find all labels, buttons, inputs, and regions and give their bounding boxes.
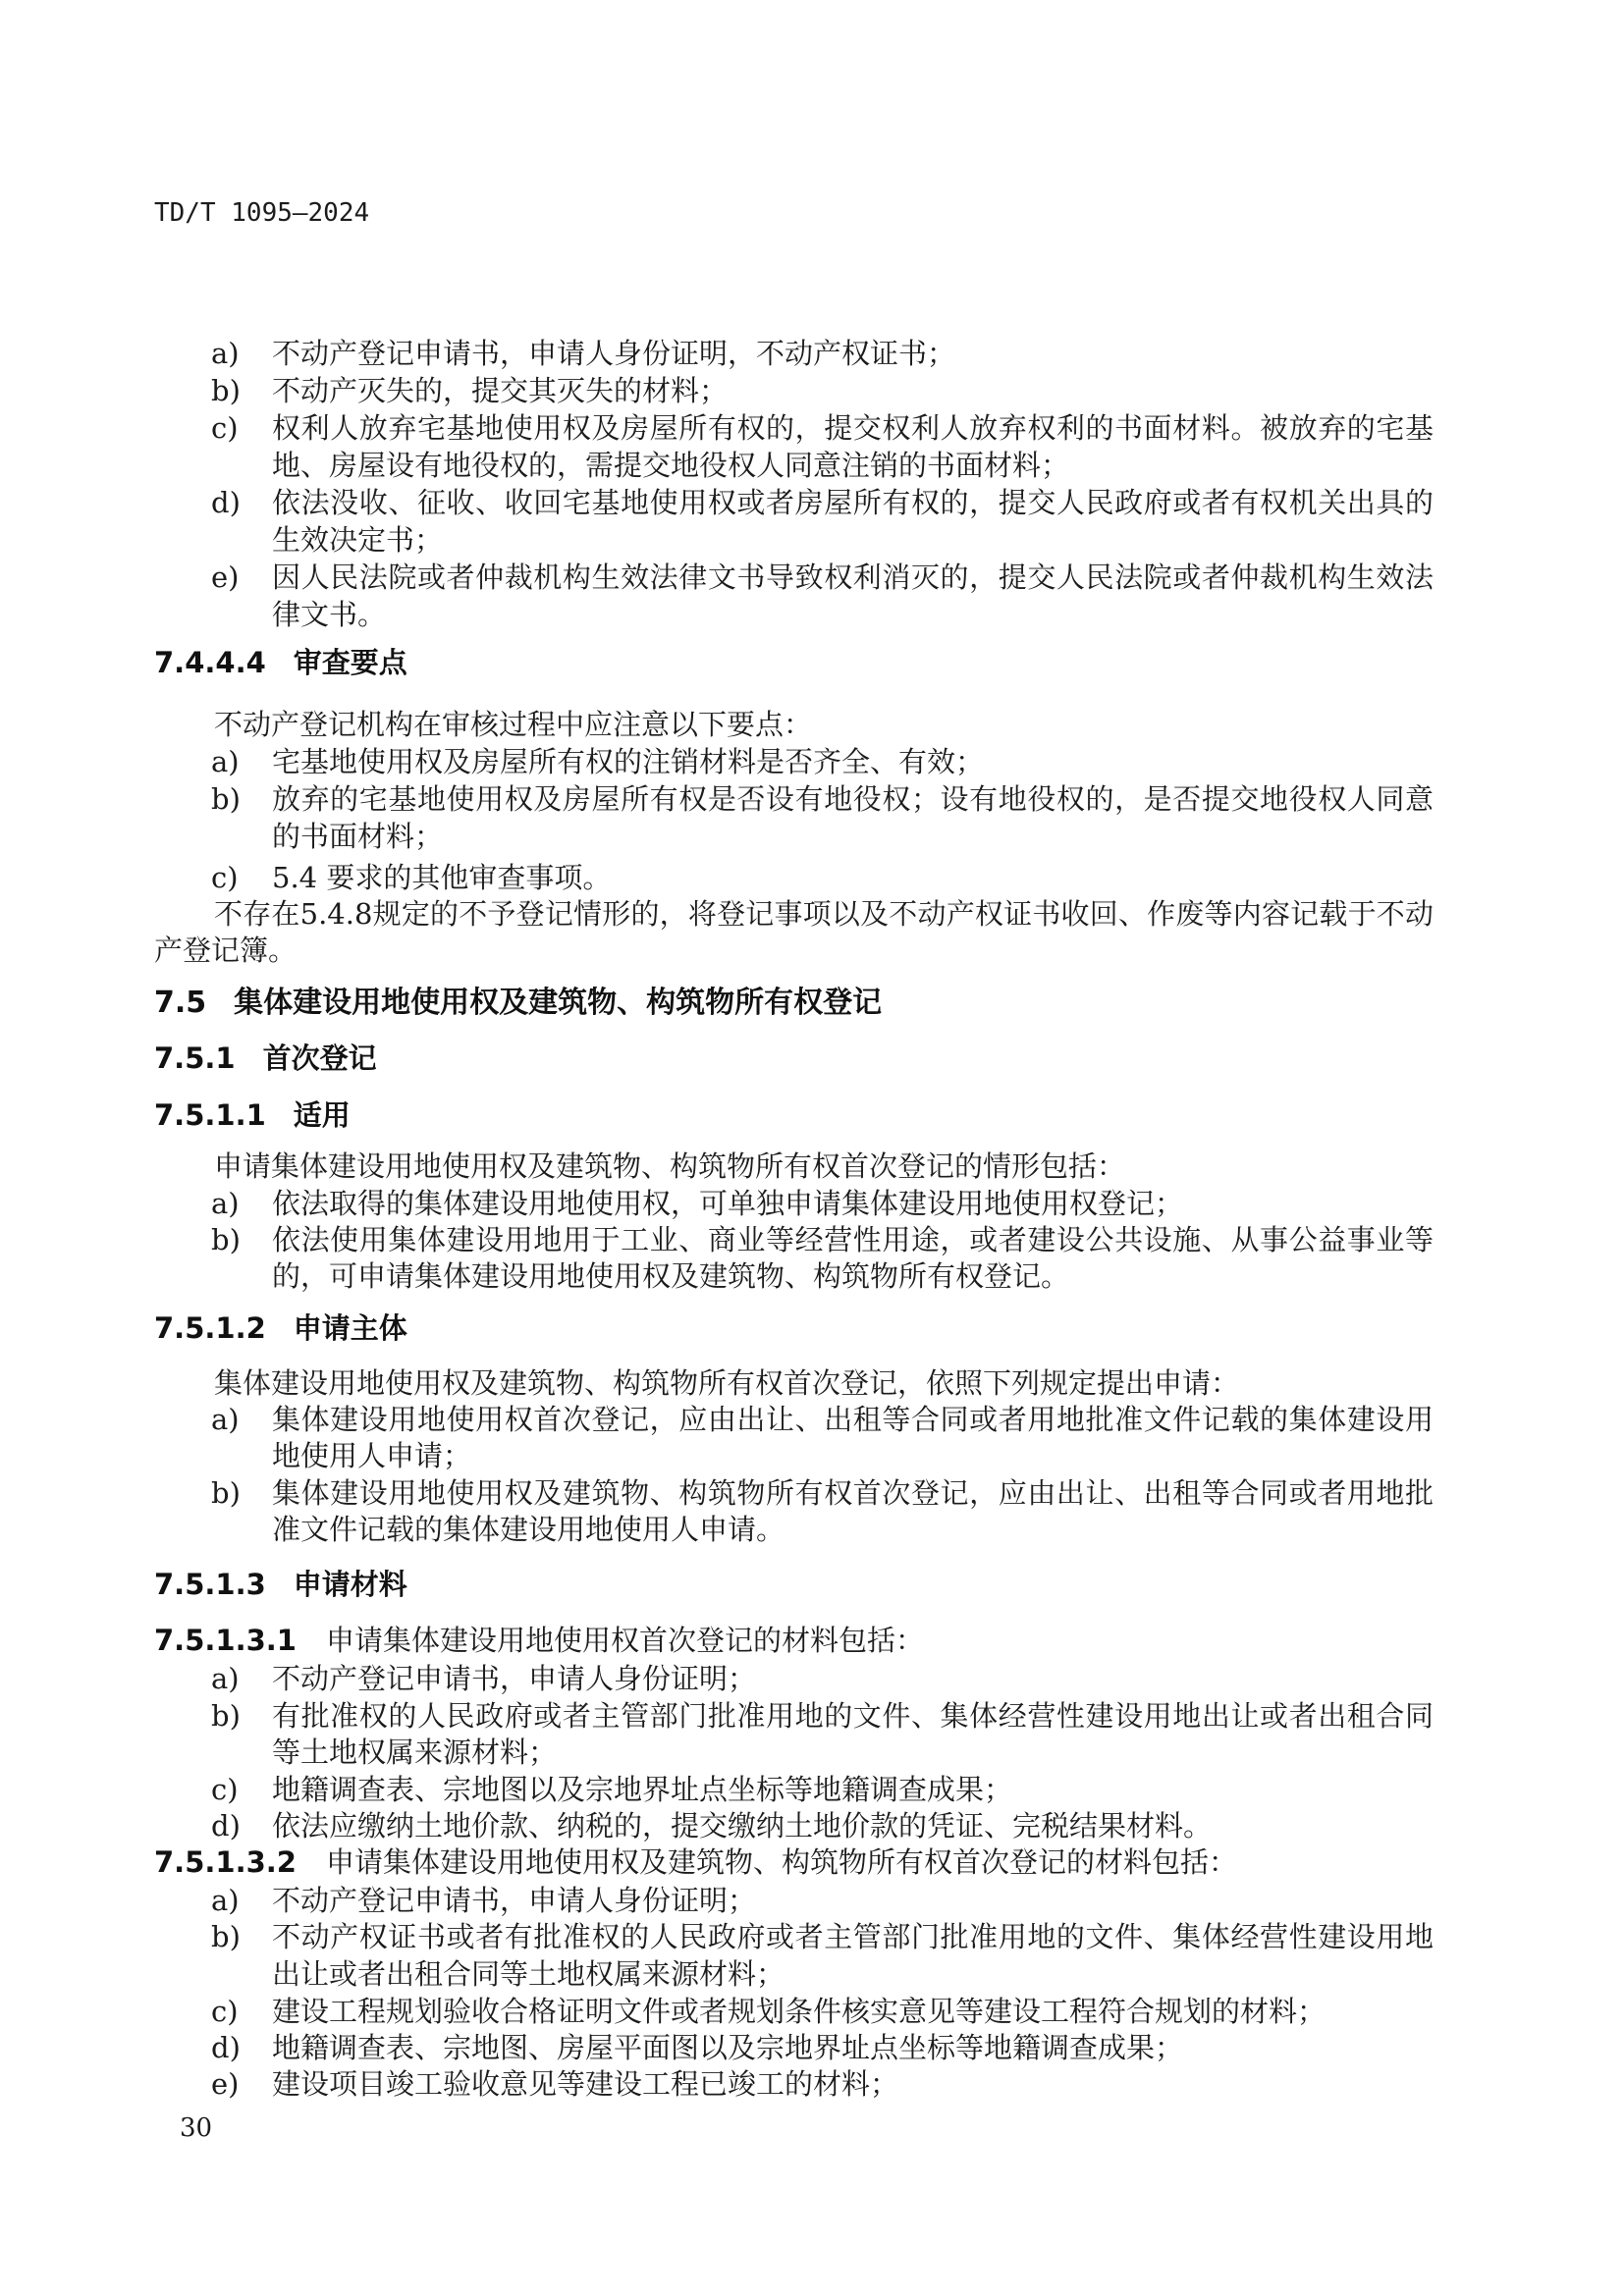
list-item-label: b)	[211, 1699, 241, 1733]
list-item-label: c)	[211, 411, 239, 445]
list-item-continuation: 生效决定书；	[272, 523, 443, 557]
list-item-text: 依法使用集体建设用地用于工业、商业等经营性用途，或者建设公共设施、从事公益事业等	[272, 1223, 1434, 1256]
clause-title: 首次登记	[263, 1041, 377, 1075]
document-page: TD/T 1095—2024 a) 不动产登记申请书，申请人身份证明，不动产权证…	[0, 0, 1624, 2296]
list-item-label: b)	[211, 1223, 241, 1256]
list-item: d) 地籍调查表、宗地图、房屋平面图以及宗地界址点坐标等地籍调查成果；	[272, 2031, 1183, 2064]
clause-heading-751: 7.5.1首次登记	[154, 1041, 377, 1075]
clause-heading-75: 7.5集体建设用地使用权及建筑物、构筑物所有权登记	[154, 987, 882, 1020]
clause-heading-7512: 7.5.1.2申请主体	[154, 1311, 407, 1345]
list-item-text: 集体建设用地使用权及建筑物、构筑物所有权首次登记，应由出让、出租等合同或者用地批	[272, 1476, 1434, 1510]
list-item-text: 不动产登记申请书，申请人身份证明；	[272, 1662, 756, 1695]
list-item: c) 5.4 要求的其他审查事项。	[272, 861, 611, 894]
list-item: b)不动产权证书或者有批准权的人民政府或者主管部门批准用地的文件、集体经营性建设…	[272, 1920, 1434, 1953]
clause-number: 7.5.1.3	[154, 1568, 266, 1601]
list-item-label: a)	[211, 1662, 240, 1695]
clause-number: 7.5.1.2	[154, 1311, 266, 1345]
clause-lead-text: 申请集体建设用地使用权及建筑物、构筑物所有权首次登记的材料包括：	[326, 1845, 1237, 1879]
list-item-text: 集体建设用地使用权首次登记，应由出让、出租等合同或者用地批准文件记载的集体建设用	[272, 1403, 1434, 1436]
list-item-label: b)	[211, 1920, 241, 1953]
clause-heading-7444: 7.4.4.4审查要点	[154, 646, 407, 679]
list-item-label: e)	[211, 561, 239, 594]
clause-number: 7.5	[154, 987, 206, 1020]
list-item: b)有批准权的人民政府或者主管部门批准用地的文件、集体经营性建设用地出让或者出租…	[272, 1699, 1434, 1733]
list-item: d)依法没收、征收、收回宅基地使用权或者房屋所有权的，提交人民政府或者有权机关出…	[272, 486, 1434, 519]
list-item: b)集体建设用地使用权及建筑物、构筑物所有权首次登记，应由出让、出租等合同或者用…	[272, 1476, 1434, 1510]
list-item-label: a)	[211, 337, 240, 370]
list-item-text: 因人民法院或者仲裁机构生效法律文书导致权利消灭的，提交人民法院或者仲裁机构生效法	[272, 561, 1434, 594]
clause-title: 集体建设用地使用权及建筑物、构筑物所有权登记	[234, 986, 882, 1020]
list-item-label: a)	[211, 745, 240, 778]
list-item-label: d)	[211, 2031, 241, 2064]
list-item-continuation: 地使用人申请；	[272, 1439, 471, 1472]
list-item-continuation: 律文书。	[272, 598, 386, 631]
clause-number: 7.4.4.4	[154, 646, 266, 679]
list-item-label: b)	[211, 374, 241, 407]
clause-lead-75131: 7.5.1.3.1申请集体建设用地使用权首次登记的材料包括：	[154, 1624, 924, 1657]
list-item: e) 建设项目竣工验收意见等建设工程已竣工的材料；	[272, 2067, 898, 2101]
list-item-continuation: 地、房屋设有地役权的，需提交地役权人同意注销的书面材料；	[272, 449, 1069, 482]
list-item-label: e)	[211, 2067, 239, 2101]
list-item-text: 地籍调查表、宗地图、房屋平面图以及宗地界址点坐标等地籍调查成果；	[272, 2031, 1183, 2064]
list-item-text: 权利人放弃宅基地使用权及房屋所有权的，提交权利人放弃权利的书面材料。被放弃的宅基	[272, 411, 1434, 445]
list-item-text: 有批准权的人民政府或者主管部门批准用地的文件、集体经营性建设用地出让或者出租合同	[272, 1699, 1434, 1733]
list-item-label: d)	[211, 1809, 241, 1842]
clause-number: 7.5.1.3.1	[154, 1624, 297, 1657]
list-item-text: 依法没收、征收、收回宅基地使用权或者房屋所有权的，提交人民政府或者有权机关出具的	[272, 486, 1434, 519]
list-item: a) 不动产登记申请书，申请人身份证明；	[272, 1884, 756, 1917]
list-item-continuation: 的，可申请集体建设用地使用权及建筑物、构筑物所有权登记。	[272, 1259, 1069, 1293]
list-item: c)权利人放弃宅基地使用权及房屋所有权的，提交权利人放弃权利的书面材料。被放弃的…	[272, 411, 1434, 445]
list-item-label: b)	[211, 782, 241, 816]
paragraph: 不存在5.4.8规定的不予登记情形的，将登记事项以及不动产权证书收回、作废等内容…	[214, 897, 1434, 931]
list-item: d) 依法应缴纳土地价款、纳税的，提交缴纳土地价款的凭证、完税结果材料。	[272, 1809, 1212, 1842]
list-item-text: 不动产登记申请书，申请人身份证明，不动产权证书；	[272, 337, 955, 370]
list-item-text: 放弃的宅基地使用权及房屋所有权是否设有地役权；设有地役权的，是否提交地役权人同意	[272, 782, 1434, 816]
list-item-label: c)	[211, 1995, 239, 2028]
clause-lead-text: 申请集体建设用地使用权首次登记的材料包括：	[326, 1624, 924, 1657]
list-item: a) 宅基地使用权及房屋所有权的注销材料是否齐全、有效；	[272, 745, 984, 778]
clause-title: 审查要点	[294, 646, 407, 679]
list-item-label: a)	[211, 1884, 240, 1917]
list-item: b) 不动产灭失的，提交其灭失的材料；	[272, 374, 728, 407]
clause-title: 适用	[294, 1098, 351, 1132]
clause-number: 7.5.1.3.2	[154, 1845, 297, 1879]
list-item-text: 不动产权证书或者有批准权的人民政府或者主管部门批准用地的文件、集体经营性建设用地	[272, 1920, 1434, 1953]
paragraph: 申请集体建设用地使用权及建筑物、构筑物所有权首次登记的情形包括：	[214, 1149, 1125, 1183]
clause-lead-75132: 7.5.1.3.2申请集体建设用地使用权及建筑物、构筑物所有权首次登记的材料包括…	[154, 1845, 1237, 1879]
clause-title: 申请主体	[294, 1311, 407, 1345]
list-item-label: b)	[211, 1476, 241, 1510]
list-item-label: c)	[211, 1773, 239, 1806]
list-item-continuation: 的书面材料；	[272, 820, 443, 853]
page-number: 30	[180, 2113, 212, 2143]
list-item: b)放弃的宅基地使用权及房屋所有权是否设有地役权；设有地役权的，是否提交地役权人…	[272, 782, 1434, 816]
clause-heading-7513: 7.5.1.3申请材料	[154, 1568, 407, 1601]
list-item-label: d)	[211, 486, 241, 519]
list-item-text: 依法取得的集体建设用地使用权，可单独申请集体建设用地使用权登记；	[272, 1187, 1183, 1220]
clause-number: 7.5.1	[154, 1041, 236, 1075]
list-item: c) 建设工程规划验收合格证明文件或者规划条件核实意见等建设工程符合规划的材料；	[272, 1995, 1326, 2028]
paragraph: 不动产登记机构在审核过程中应注意以下要点：	[214, 708, 812, 741]
list-item-text: 宅基地使用权及房屋所有权的注销材料是否齐全、有效；	[272, 745, 984, 778]
list-item-continuation: 出让或者出租合同等土地权属来源材料；	[272, 1957, 785, 1991]
list-item-label: a)	[211, 1403, 240, 1436]
paragraph: 集体建设用地使用权及建筑物、构筑物所有权首次登记，依照下列规定提出申请：	[214, 1366, 1239, 1400]
list-item: e)因人民法院或者仲裁机构生效法律文书导致权利消灭的，提交人民法院或者仲裁机构生…	[272, 561, 1434, 594]
clause-title: 申请材料	[294, 1568, 407, 1601]
list-item-label: a)	[211, 1187, 240, 1220]
list-item-text: 地籍调查表、宗地图以及宗地界址点坐标等地籍调查成果；	[272, 1773, 1012, 1806]
clause-heading-7511: 7.5.1.1适用	[154, 1098, 351, 1132]
list-item: a) 依法取得的集体建设用地使用权，可单独申请集体建设用地使用权登记；	[272, 1187, 1183, 1220]
list-item-text: 建设项目竣工验收意见等建设工程已竣工的材料；	[272, 2067, 898, 2101]
list-item: a) 不动产登记申请书，申请人身份证明；	[272, 1662, 756, 1695]
list-item-continuation: 等土地权属来源材料；	[272, 1735, 557, 1769]
list-item: a)集体建设用地使用权首次登记，应由出让、出租等合同或者用地批准文件记载的集体建…	[272, 1403, 1434, 1436]
list-item: a) 不动产登记申请书，申请人身份证明，不动产权证书；	[272, 337, 955, 370]
list-item-text: 建设工程规划验收合格证明文件或者规划条件核实意见等建设工程符合规划的材料；	[272, 1995, 1326, 2028]
list-item: b)依法使用集体建设用地用于工业、商业等经营性用途，或者建设公共设施、从事公益事…	[272, 1223, 1434, 1256]
list-item-text: 不动产登记申请书，申请人身份证明；	[272, 1884, 756, 1917]
paragraph-continuation: 产登记簿。	[154, 934, 297, 967]
list-item-text: 依法应缴纳土地价款、纳税的，提交缴纳土地价款的凭证、完税结果材料。	[272, 1809, 1212, 1842]
list-item: c) 地籍调查表、宗地图以及宗地界址点坐标等地籍调查成果；	[272, 1773, 1012, 1806]
standard-code-header: TD/T 1095—2024	[154, 198, 369, 228]
list-item-label: c)	[211, 861, 239, 894]
list-item-text: 5.4 要求的其他审查事项。	[272, 861, 611, 894]
list-item-text: 不动产灭失的，提交其灭失的材料；	[272, 374, 728, 407]
list-item-continuation: 准文件记载的集体建设用地使用人申请。	[272, 1513, 785, 1546]
clause-number: 7.5.1.1	[154, 1098, 266, 1132]
